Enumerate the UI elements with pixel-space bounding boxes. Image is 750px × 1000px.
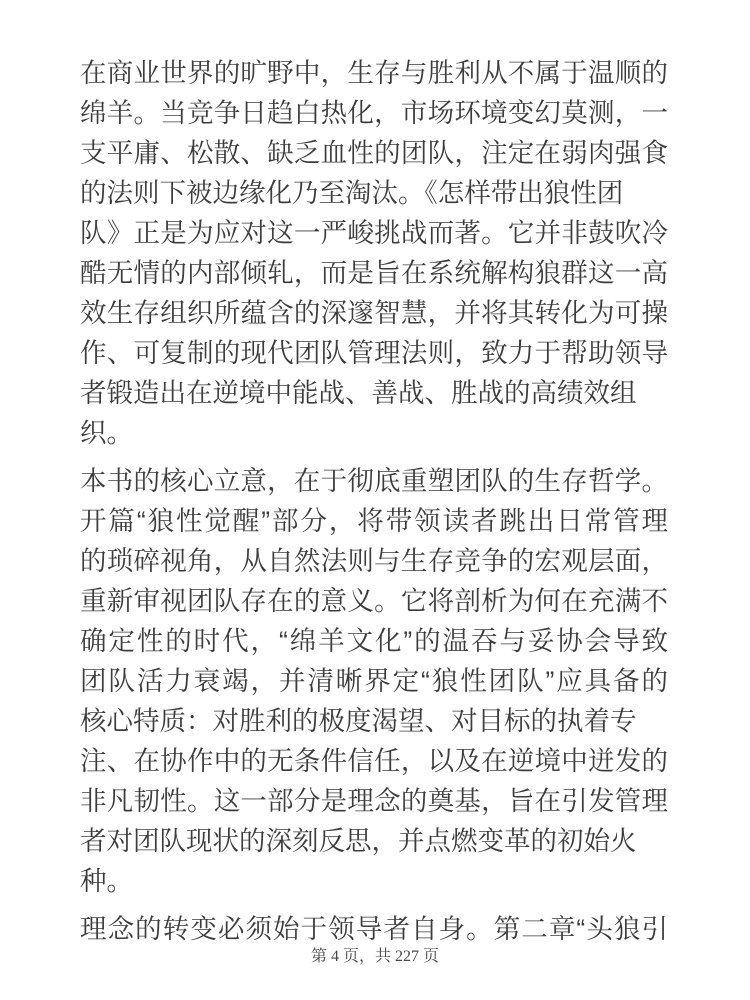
- text-line: 确定性的时代，“绵羊文化”的温吞与妥协会导致: [80, 621, 668, 661]
- text-line: 核心特质：对胜利的极度渴望、对目标的执着专: [80, 701, 668, 741]
- text-line: 的法则下被边缘化乃至淘汰。《怎样带出狼性团: [80, 173, 668, 213]
- text-line: 在商业世界的旷野中，生存与胜利从不属于温顺的: [80, 53, 668, 93]
- text-line: 开篇“狼性觉醒”部分，将带领读者跳出日常管理: [80, 501, 668, 541]
- text-line: 队》正是为应对这一严峻挑战而著。它并非鼓吹冷: [80, 213, 668, 253]
- text-line: 作、可复制的现代团队管理法则，致力于帮助领导: [80, 333, 668, 373]
- text-line: 效生存组织所蕴含的深邃智慧，并将其转化为可操: [80, 293, 668, 333]
- paragraph: 理念的转变必须始于领导者自身。第二章“头狼引: [80, 909, 668, 949]
- text-line: 织。: [80, 413, 668, 453]
- text-line: 的琐碎视角，从自然法则与生存竞争的宏观层面，: [80, 541, 668, 581]
- paragraph: 在商业世界的旷野中，生存与胜利从不属于温顺的绵羊。当竞争日趋白热化，市场环境变幻…: [80, 53, 668, 453]
- text-line: 非凡韧性。这一部分是理念的奠基，旨在引发管理: [80, 781, 668, 821]
- text-line: 种。: [80, 861, 668, 901]
- document-page: 在商业世界的旷野中，生存与胜利从不属于温顺的绵羊。当竞争日趋白热化，市场环境变幻…: [0, 0, 750, 1000]
- text-line: 团队活力衰竭，并清晰界定“狼性团队”应具备的: [80, 661, 668, 701]
- page-indicator: 第 4 页，共 227 页: [0, 946, 750, 968]
- text-line: 重新审视团队存在的意义。它将剖析为何在充满不: [80, 581, 668, 621]
- paragraph: 本书的核心立意，在于彻底重塑团队的生存哲学。开篇“狼性觉醒”部分，将带领读者跳出…: [80, 461, 668, 901]
- text-line: 本书的核心立意，在于彻底重塑团队的生存哲学。: [80, 461, 668, 501]
- text-line: 者对团队现状的深刻反思，并点燃变革的初始火: [80, 821, 668, 861]
- text-line: 酷无情的内部倾轧，而是旨在系统解构狼群这一高: [80, 253, 668, 293]
- text-line: 理念的转变必须始于领导者自身。第二章“头狼引: [80, 909, 668, 949]
- text-line: 注、在协作中的无条件信任，以及在逆境中迸发的: [80, 741, 668, 781]
- document-body: 在商业世界的旷野中，生存与胜利从不属于温顺的绵羊。当竞争日趋白热化，市场环境变幻…: [80, 53, 668, 957]
- text-line: 者锻造出在逆境中能战、善战、胜战的高绩效组: [80, 373, 668, 413]
- text-line: 支平庸、松散、缺乏血性的团队，注定在弱肉强食: [80, 133, 668, 173]
- text-line: 绵羊。当竞争日趋白热化，市场环境变幻莫测，一: [80, 93, 668, 133]
